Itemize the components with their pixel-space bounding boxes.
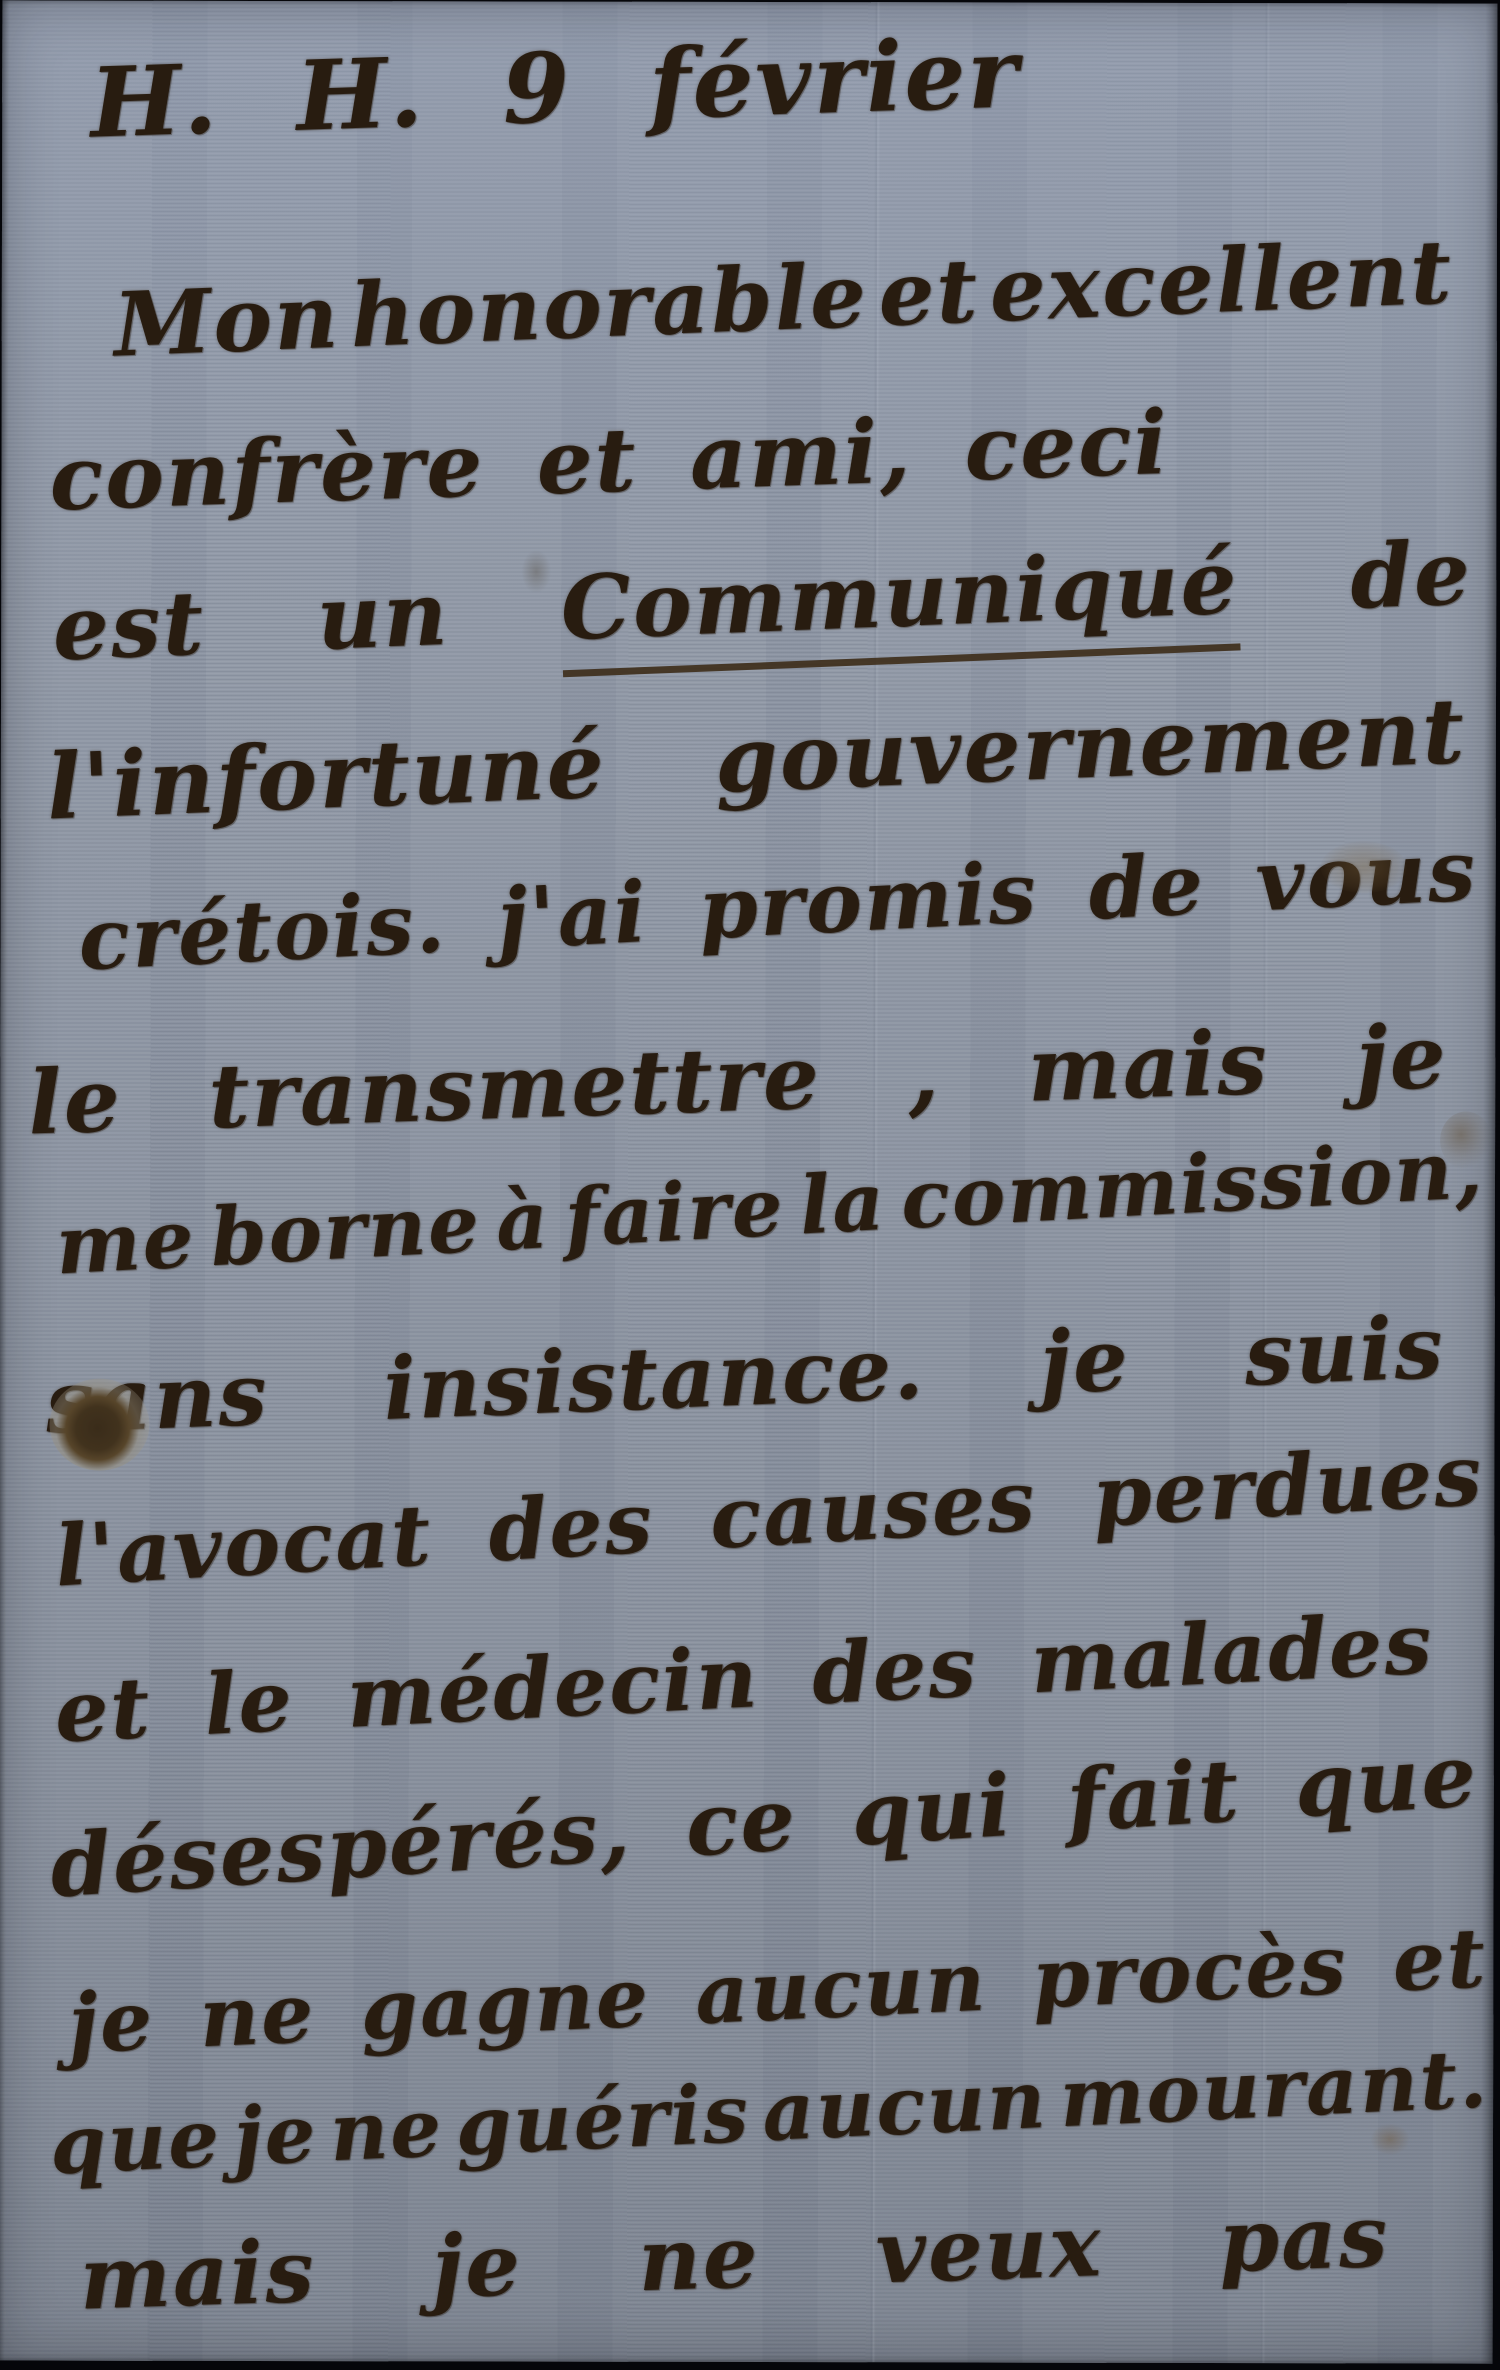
handwritten-word: honorable [348, 243, 869, 368]
handwritten-word: me [53, 1191, 197, 1292]
letter-dateline: H.H.9février [88, 16, 1021, 159]
handwritten-word: veux [874, 2195, 1104, 2303]
handwritten-word: borne [208, 1176, 483, 1284]
handwritten-word: la [797, 1154, 888, 1252]
handwritten-word: ceci [963, 390, 1171, 501]
handwritten-word: un [315, 561, 451, 670]
handwritten-word: excellent [988, 219, 1455, 341]
handwritten-word: j'ai [495, 862, 650, 968]
handwritten-word: procès [1030, 1917, 1350, 2028]
underlined-word: Communiqué [559, 529, 1241, 677]
handwritten-word: crétois. [76, 872, 449, 989]
handwritten-word: et [1390, 1910, 1488, 2010]
handwritten-word: guéris [453, 2066, 752, 2174]
handwritten-word: perdues [1090, 1425, 1486, 1546]
handwritten-word: l'infortuné [45, 712, 608, 840]
handwritten-word: aucun [760, 2052, 1049, 2159]
handwritten-word: confrère [48, 412, 486, 530]
handwritten-word: faire [562, 1159, 786, 1265]
handwritten-word: H. [88, 42, 220, 159]
handwritten-word: H. [294, 36, 426, 153]
handwritten-word: est [51, 571, 207, 681]
handwritten-word: le [202, 1651, 296, 1754]
letter-line: letransmettre,maisje [26, 1004, 1449, 1155]
letter-paper: H.H.9févrierMonhonorableetexcellentconfr… [0, 0, 1497, 2363]
letter-line: l'avocatdescausesperdues [52, 1425, 1485, 1606]
letter-line: désespérés,cequifaitque [47, 1725, 1481, 1918]
handwritten-word: ce [682, 1769, 799, 1877]
handwritten-word: je [1038, 1309, 1132, 1413]
handwritten-word: et [876, 238, 981, 346]
letter-line: confrèreetami,ceci [48, 390, 1171, 531]
handwritten-word: mais [78, 2221, 317, 2330]
ink-blot [49, 1379, 149, 1471]
handwritten-word: des [810, 1616, 980, 1723]
handwritten-word: , [906, 1021, 942, 1126]
handwritten-word: pas [1217, 2186, 1391, 2293]
photograph-background: H.H.9févrierMonhonorableetexcellentconfr… [0, 0, 1500, 2370]
handwritten-word: et [52, 1658, 153, 1762]
handwritten-word: de [1348, 520, 1474, 629]
handwritten-word: le [26, 1047, 123, 1154]
handwritten-word: malades [1028, 1593, 1436, 1712]
handwritten-word: ne [637, 2206, 761, 2311]
handwritten-word: que [1291, 1725, 1480, 1838]
handwritten-word: mourant. [1057, 2031, 1490, 2145]
letter-line: estunCommuniquéde [51, 520, 1475, 697]
letter-body: H.H.9févrierMonhonorableetexcellentconfr… [0, 0, 1497, 2363]
letter-line: sansinsistance.jesuis [44, 1297, 1447, 1454]
handwritten-word: qui [848, 1755, 1015, 1866]
handwritten-word: je [430, 2214, 523, 2318]
letter-line: maisjeneveuxpas [78, 2186, 1391, 2330]
handwritten-word: médecin [344, 1627, 761, 1747]
handwritten-word: l'avocat [52, 1485, 434, 1605]
handwritten-word: 9 [500, 31, 572, 146]
handwritten-word: gagne [358, 1949, 652, 2058]
handwritten-word: causes [707, 1450, 1039, 1568]
handwritten-word: je [231, 2086, 319, 2184]
handwritten-word: ne [197, 1965, 317, 2066]
handwritten-word: insistance. [381, 1318, 926, 1440]
handwritten-word: transmettre [207, 1025, 822, 1149]
handwritten-word: gouvernement [713, 678, 1468, 814]
letter-line: crétois.j'aipromisdevous [76, 820, 1479, 989]
handwritten-word: je [66, 1973, 156, 2073]
letter-line: l'infortunégouvernement [45, 678, 1468, 840]
handwritten-word: fait [1064, 1740, 1243, 1852]
handwritten-word: suis [1243, 1297, 1447, 1406]
handwritten-word: je [1354, 1004, 1449, 1111]
handwritten-word: ami, [688, 398, 913, 509]
letter-line: Monhonorableetexcellent [112, 219, 1455, 376]
handwritten-word: des [485, 1472, 656, 1580]
handwritten-word: à [493, 1172, 552, 1269]
handwritten-word: ne [328, 2080, 445, 2179]
handwritten-word: Mon [112, 264, 342, 377]
handwritten-word: désespérés, [47, 1779, 634, 1917]
handwritten-word: de [1086, 834, 1207, 939]
handwritten-word: et [535, 407, 639, 514]
handwritten-word: commission, [899, 1122, 1487, 1247]
handwritten-word: mais [1026, 1010, 1270, 1122]
handwritten-word: que [48, 2091, 223, 2193]
handwritten-word: vous [1253, 820, 1479, 930]
handwritten-word: février [647, 16, 1021, 141]
letter-line: etlemédecindesmalades [52, 1593, 1435, 1761]
handwritten-word: aucun [693, 1934, 989, 2044]
letter-line: meborneàfairelacommission, [53, 1122, 1486, 1293]
handwritten-word: promis [696, 842, 1040, 958]
